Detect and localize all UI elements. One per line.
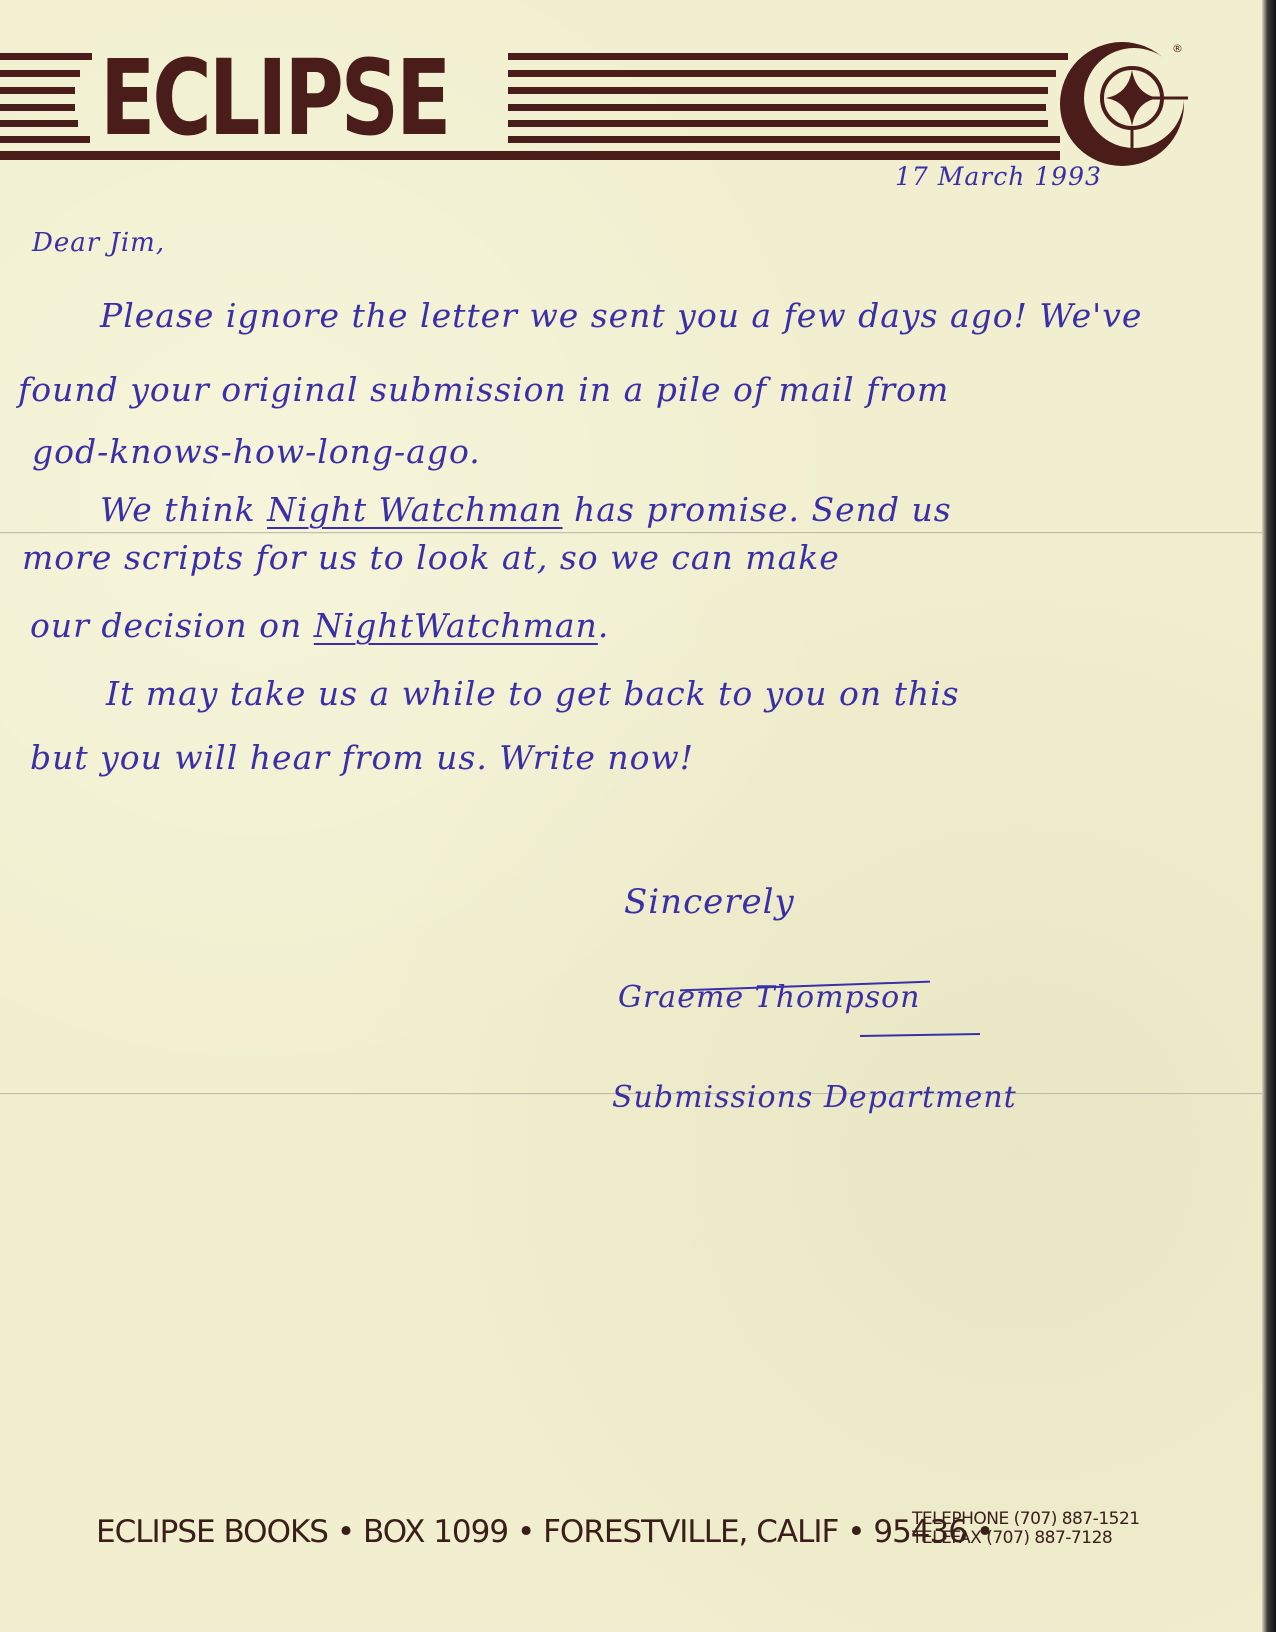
body-text: has promise. Send us xyxy=(563,490,952,529)
footer-telephone: TELEPHONE (707) 887-1521 xyxy=(912,1510,1140,1529)
letterhead-underline xyxy=(0,151,1060,160)
paper-fold-line xyxy=(0,532,1262,534)
footer-address: ECLIPSE BOOKS • BOX 1099 • FORESTVILLE, … xyxy=(96,1514,993,1550)
signer-department: Submissions Department xyxy=(612,1080,1017,1115)
body-line: We think Night Watchman has promise. Sen… xyxy=(100,490,952,529)
title-night-watchman: Night Watchman xyxy=(267,490,563,529)
body-line: our decision on NightWatchman. xyxy=(30,606,609,645)
body-text: . xyxy=(598,606,610,645)
footer-telefax: TELEFAX (707) 887-7128 xyxy=(912,1529,1140,1548)
signature-flourish xyxy=(860,1033,980,1037)
eclipse-logo-icon xyxy=(1060,40,1190,170)
body-line: more scripts for us to look at, so we ca… xyxy=(22,538,840,577)
scan-edge xyxy=(1262,0,1276,1650)
body-line: It may take us a while to get back to yo… xyxy=(106,674,960,713)
body-line: Please ignore the letter we sent you a f… xyxy=(100,296,1142,335)
salutation: Dear Jim, xyxy=(32,228,165,258)
title-nightwatchman: NightWatchman xyxy=(314,606,598,645)
registered-trademark: ® xyxy=(1172,42,1183,55)
closing: Sincerely xyxy=(624,882,795,922)
body-line: but you will hear from us. Write now! xyxy=(30,738,694,777)
body-line: found your original submission in a pile… xyxy=(18,370,949,409)
body-text: our decision on xyxy=(30,606,314,645)
body-line: god-knows-how-long-ago. xyxy=(32,432,481,471)
body-text: We think xyxy=(100,490,267,529)
footer-contacts: TELEPHONE (707) 887-1521 TELEFAX (707) 8… xyxy=(912,1510,1140,1548)
brand-wordmark: ECLIPSE xyxy=(100,48,448,148)
scan-bottom-margin xyxy=(0,1632,1276,1650)
letter-date: 17 March 1993 xyxy=(895,162,1102,191)
